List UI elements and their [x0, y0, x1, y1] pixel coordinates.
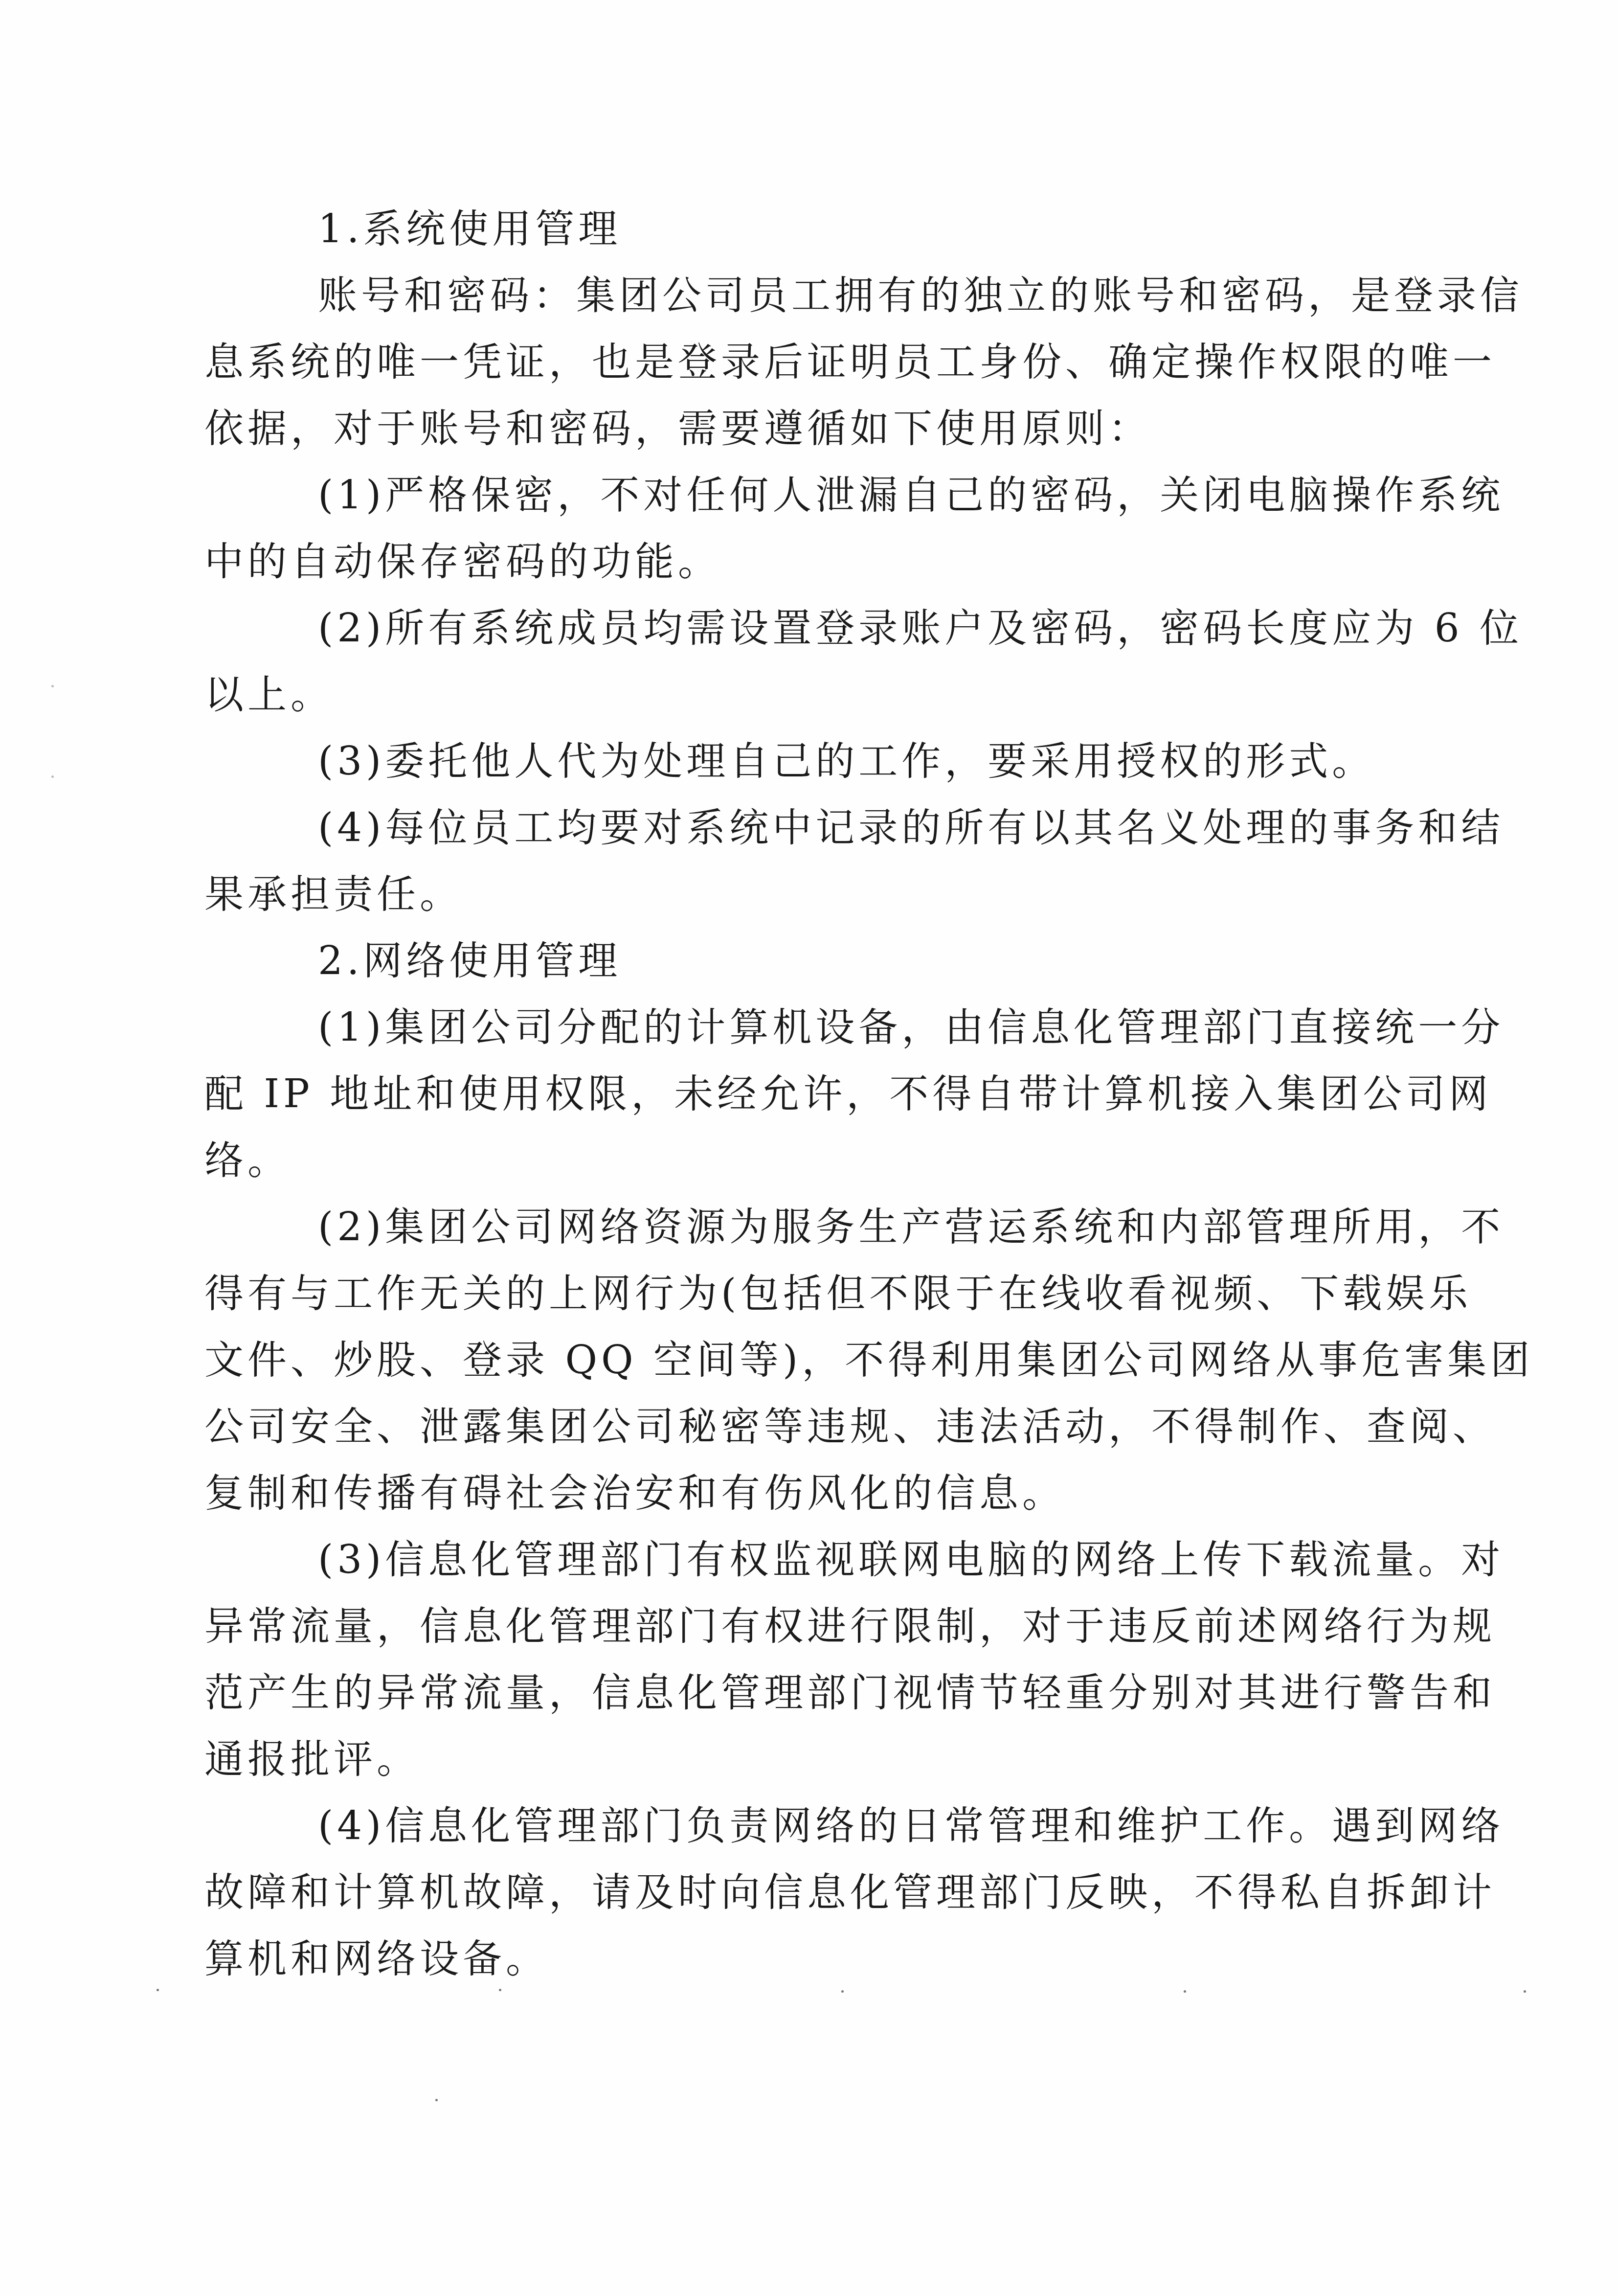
- list-item-line: (3)委托他人代为处理自己的工作，要采用授权的形式。: [204, 728, 1378, 795]
- list-item-line: (4)每位员工均要对系统中记录的所有以其名义处理的事务和结: [204, 795, 1378, 861]
- list-item-line: 通报批评。: [204, 1726, 1378, 1793]
- list-item-line: 范产生的异常流量，信息化管理部门视情节轻重分别对其进行警告和: [204, 1659, 1378, 1726]
- scan-speck: [841, 1990, 844, 1993]
- list-item-line: 果承担责任。: [204, 861, 1378, 928]
- list-item-line: 算机和网络设备。: [204, 1926, 1378, 1992]
- list-item-line: (3)信息化管理部门有权监视联网电脑的网络上传下载流量。对: [204, 1526, 1378, 1593]
- scan-speck: [157, 1989, 159, 1991]
- scan-speck: [499, 1989, 501, 1991]
- scanned-document-page: 1.系统使用管理 账号和密码：集团公司员工拥有的独立的账号和密码，是登录信 息系…: [0, 0, 1617, 2296]
- list-item-line: 故障和计算机故障，请及时向信息化管理部门反映，不得私自拆卸计: [204, 1859, 1378, 1926]
- section-heading-system-usage: 1.系统使用管理: [204, 196, 1378, 262]
- scan-speck: [435, 2099, 438, 2101]
- paragraph-line: 息系统的唯一凭证，也是登录后证明员工身份、确定操作权限的唯一: [204, 329, 1378, 395]
- list-item-line: 以上。: [204, 661, 1378, 728]
- scan-speck: [1524, 1990, 1526, 1993]
- list-item-line: 中的自动保存密码的功能。: [204, 528, 1378, 595]
- list-item-line: 络。: [204, 1127, 1378, 1194]
- list-item-line: 复制和传播有碍社会治安和有伤风化的信息。: [204, 1460, 1378, 1526]
- list-item-line: (4)信息化管理部门负责网络的日常管理和维护工作。遇到网络: [204, 1793, 1378, 1859]
- document-body: 1.系统使用管理 账号和密码：集团公司员工拥有的独立的账号和密码，是登录信 息系…: [204, 196, 1378, 1992]
- paragraph-line: 账号和密码：集团公司员工拥有的独立的账号和密码，是登录信: [204, 262, 1378, 329]
- list-item-line: (2)所有系统成员均需设置登录账户及密码，密码长度应为 6 位: [204, 595, 1378, 661]
- list-item-line: 异常流量，信息化管理部门有权进行限制，对于违反前述网络行为规: [204, 1593, 1378, 1659]
- list-item-line: (1)严格保密，不对任何人泄漏自己的密码，关闭电脑操作系统: [204, 462, 1378, 528]
- list-item-line: 得有与工作无关的上网行为(包括但不限于在线收看视频、下载娱乐: [204, 1260, 1378, 1327]
- scan-speck: [1184, 1990, 1186, 1993]
- list-item-line: 文件、炒股、登录 QQ 空间等)，不得利用集团公司网络从事危害集团: [204, 1327, 1378, 1393]
- list-item-line: 公司安全、泄露集团公司秘密等违规、违法活动，不得制作、查阅、: [204, 1393, 1378, 1460]
- list-item-line: 配 IP 地址和使用权限，未经允许，不得自带计算机接入集团公司网: [204, 1061, 1378, 1127]
- paragraph-line: 依据，对于账号和密码，需要遵循如下使用原则：: [204, 395, 1378, 462]
- section-heading-network-usage: 2.网络使用管理: [204, 928, 1378, 994]
- scan-speck: [51, 685, 54, 687]
- list-item-line: (1)集团公司分配的计算机设备，由信息化管理部门直接统一分: [204, 994, 1378, 1061]
- scan-speck: [51, 775, 54, 778]
- list-item-line: (2)集团公司网络资源为服务生产营运系统和内部管理所用，不: [204, 1194, 1378, 1260]
